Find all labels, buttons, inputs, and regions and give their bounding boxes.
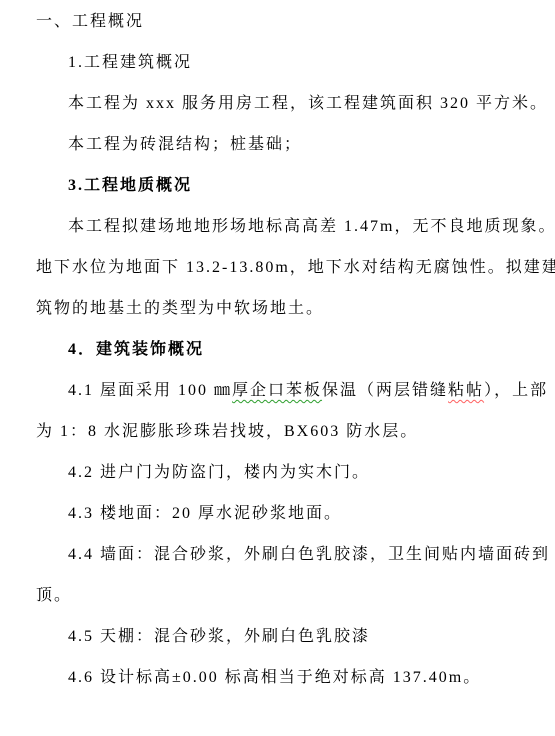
grammar-flagged-text: 厚企口苯板 [232, 382, 322, 399]
text-line: 4.4 墙面：混合砂浆，外刷白色乳胶漆，卫生间贴内墙面砖到 [68, 545, 550, 565]
document-page: 一、工程概况1.工程建筑概况本工程为 xxx 服务用房工程，该工程建筑面积 32… [0, 0, 555, 736]
text-line: 顶。 [36, 586, 72, 606]
heading-line: 3.工程地质概况 [68, 176, 192, 196]
document-body: 一、工程概况1.工程建筑概况本工程为 xxx 服务用房工程，该工程建筑面积 32… [0, 0, 555, 736]
heading-line: 一、工程概况 [36, 12, 144, 32]
text-segment: 地下水位为地面下 13.2-13.80m，地下水对结构无腐蚀性。拟建建 [36, 259, 555, 276]
text-line: 本工程为砖混结构；桩基础； [68, 135, 302, 155]
text-segment: 4.4 墙面：混合砂浆，外刷白色乳胶漆，卫生间贴内墙面砖到 [68, 546, 550, 563]
text-segment: 本工程拟建场地地形场地标高高差 1.47m，无不良地质现象。 [68, 218, 555, 235]
text-segment: 保温（两层错缝 [322, 382, 448, 399]
text-line: 4.5 天棚：混合砂浆，外刷白色乳胶漆 [68, 627, 370, 647]
spelling-flagged-text: 粘帖 [448, 382, 484, 399]
text-segment: 4.2 进户门为防盗门，楼内为实木门。 [68, 464, 370, 481]
text-line: 4.3 楼地面：20 厚水泥砂浆地面。 [68, 504, 342, 524]
text-segment: 本工程为 xxx 服务用房工程，该工程建筑面积 320 平方米。 [68, 95, 548, 112]
heading-line: 1.工程建筑概况 [68, 53, 192, 73]
text-segment: 4.5 天棚：混合砂浆，外刷白色乳胶漆 [68, 628, 370, 645]
text-segment: 为 1：8 水泥膨胀珍珠岩找坡，BX603 防水层。 [36, 423, 418, 440]
text-segment: ），上部 [484, 382, 548, 399]
text-segment: 筑物的地基土的类型为中软场地土。 [36, 300, 324, 317]
text-segment: 4.6 设计标高±0.00 标高相当于绝对标高 137.40m。 [68, 669, 481, 686]
text-segment: 4．建筑装饰概况 [68, 341, 204, 358]
heading-line: 4．建筑装饰概况 [68, 340, 204, 360]
text-line: 为 1：8 水泥膨胀珍珠岩找坡，BX603 防水层。 [36, 422, 418, 442]
text-segment: 4.1 屋面采用 100 ㎜ [68, 382, 232, 399]
text-line: 筑物的地基土的类型为中软场地土。 [36, 299, 324, 319]
text-line: 地下水位为地面下 13.2-13.80m，地下水对结构无腐蚀性。拟建建 [36, 258, 555, 278]
text-segment: 本工程为砖混结构；桩基础； [68, 136, 302, 153]
text-segment: 4.3 楼地面：20 厚水泥砂浆地面。 [68, 505, 342, 522]
text-line: 4.6 设计标高±0.00 标高相当于绝对标高 137.40m。 [68, 668, 481, 688]
text-line: 4.1 屋面采用 100 ㎜厚企口苯板保温（两层错缝粘帖），上部 [68, 381, 548, 401]
text-line: 本工程为 xxx 服务用房工程，该工程建筑面积 320 平方米。 [68, 94, 548, 114]
text-segment: 一、工程概况 [36, 13, 144, 30]
text-segment: 顶。 [36, 587, 72, 604]
text-segment: 3.工程地质概况 [68, 177, 192, 194]
text-line: 本工程拟建场地地形场地标高高差 1.47m，无不良地质现象。 [68, 217, 555, 237]
text-line: 4.2 进户门为防盗门，楼内为实木门。 [68, 463, 370, 483]
text-segment: 1.工程建筑概况 [68, 54, 192, 71]
